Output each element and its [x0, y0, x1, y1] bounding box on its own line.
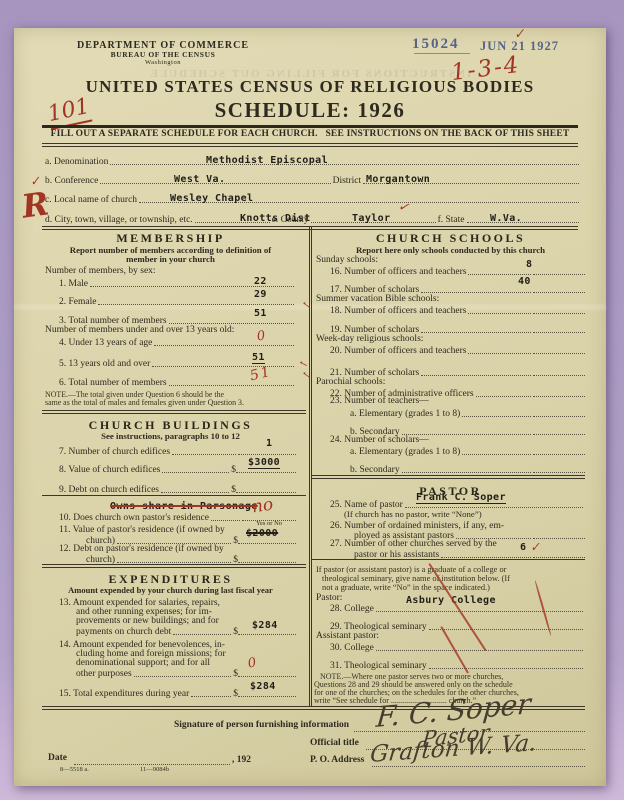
membership-subtitle-2: member in your church — [45, 254, 296, 264]
q22-answer-box — [533, 396, 585, 397]
q30-row: 30. College — [330, 641, 585, 653]
date-line — [74, 753, 230, 765]
q14-value-handwritten: 0 — [247, 655, 258, 671]
q18-answer-box — [533, 313, 585, 314]
q8-answer-box — [236, 472, 296, 473]
q15-answer-box — [238, 696, 296, 697]
q23-label: 23. Number of teachers— — [330, 396, 429, 406]
q2-label: 2. Female — [59, 297, 96, 307]
q7-value: 1 — [266, 438, 272, 449]
assistant-pastor-label: Assistant pastor: — [316, 631, 379, 641]
q31-row: 31. Theological seminary — [330, 659, 585, 671]
conference-value: West Va. — [174, 174, 225, 185]
leader — [468, 274, 531, 275]
leader — [191, 696, 231, 697]
buildings-bottom-rule — [42, 564, 306, 568]
q5-label: 5. 13 years old and over — [59, 359, 150, 369]
county-value: Taylor — [352, 213, 391, 224]
sunday-schools-label: Sunday schools: — [316, 255, 378, 265]
q18-label: 18. Number of officers and teachers — [330, 306, 466, 316]
q4-value-handwritten: 0 — [256, 328, 266, 344]
q1-value: 22 — [254, 276, 267, 287]
q6-label: 6. Total number of members — [59, 378, 167, 388]
q1-label: 1. Male — [59, 279, 88, 289]
leader — [152, 366, 294, 367]
dollar-sign: $ — [233, 536, 238, 546]
q2-value: 29 — [254, 289, 267, 300]
expenditures-subtitle: Amount expended by your church during la… — [45, 585, 296, 595]
date-label: Date — [48, 753, 67, 763]
q21-answer-box — [533, 375, 585, 376]
q27-answer-box — [533, 557, 585, 558]
q23a-label: a. Elementary (grades 1 to 8) — [350, 409, 460, 419]
header-rule — [42, 125, 578, 128]
q30-label: 30. College — [330, 643, 374, 653]
q17-answer-box — [533, 292, 585, 293]
q15-label: 15. Total expenditures during year — [59, 689, 189, 699]
q4-label: 4. Under 13 years of age — [59, 338, 152, 348]
q11-answer-box — [238, 543, 296, 544]
leader — [429, 668, 583, 669]
field-row-church-name: c. Local name of church — [45, 193, 581, 205]
q5-value: 51 — [252, 352, 265, 364]
q31-label: 31. Theological seminary — [330, 661, 427, 671]
q16-answer-box — [533, 274, 585, 275]
leader — [169, 385, 294, 386]
leader — [117, 562, 231, 563]
q27-checkmark: ✓ — [529, 540, 540, 555]
dollar-sign: $ — [231, 465, 236, 475]
leader — [468, 353, 531, 354]
leader — [421, 292, 531, 293]
summer-schools-label: Summer vacation Bible schools: — [316, 294, 439, 304]
leader — [421, 332, 531, 333]
dollar-sign: $ — [231, 485, 236, 495]
q10-value-handwritten: no — [251, 495, 275, 518]
leader — [476, 396, 531, 397]
q25-note: (If church has no pastor, write “None”) — [344, 510, 482, 520]
margin-tick-2: ✓ — [296, 358, 309, 370]
q24-label: 24. Number of scholars— — [330, 435, 429, 445]
q26-answer-box — [533, 538, 585, 539]
leader — [402, 472, 531, 473]
photo-of-census-form: { "colors":{"background_lavender":"#ae9e… — [0, 0, 624, 800]
banner-instruction: FILL OUT A SEPARATE SCHEDULE FOR EACH CH… — [14, 129, 606, 139]
denomination-label: a. Denomination — [45, 157, 108, 167]
census-form-paper: DEPARTMENT OF COMMERCE BUREAU OF THE CEN… — [14, 28, 606, 786]
q13-answer-box — [238, 634, 296, 635]
q23a-row: a. Elementary (grades 1 to 8) — [350, 407, 585, 419]
q18-row: 18. Number of officers and teachers — [330, 304, 585, 316]
buildings-subtitle: See instructions, paragraphs 10 to 12 — [45, 431, 296, 441]
schools-bottom-rule — [312, 475, 585, 479]
q24b-label: b. Secondary — [350, 465, 400, 475]
q7-label: 7. Number of church edifices — [59, 447, 170, 457]
leader — [162, 472, 229, 473]
leader — [161, 492, 229, 493]
q16-label: 16. Number of officers and teachers — [330, 267, 466, 277]
leader — [462, 416, 531, 417]
leader — [462, 454, 531, 455]
form-title: UNITED STATES CENSUS OF RELIGIOUS BODIES — [14, 78, 606, 97]
q9-row: 9. Debt on church edifices $ — [59, 483, 296, 495]
q12-answer-box — [238, 562, 296, 563]
membership-bottom-rule — [42, 410, 306, 414]
leader — [429, 629, 583, 630]
dollar-sign: $ — [233, 689, 238, 699]
leader — [172, 454, 236, 455]
leader — [98, 304, 294, 305]
q8-value: $3000 — [248, 457, 280, 469]
parochial-schools-label: Parochial schools: — [316, 377, 385, 387]
q14-line4: other purposes — [76, 669, 132, 679]
q10-answer-box: Yes or No — [242, 520, 296, 521]
column-divider — [309, 226, 312, 706]
q25-value: Frank C. Soper — [416, 492, 506, 504]
q7-answer-box — [238, 454, 296, 455]
form-subtitle: SCHEDULE: 1926 — [14, 99, 606, 122]
q23a-answer-box — [533, 416, 585, 417]
q13-value: $284 — [252, 620, 278, 631]
leader — [405, 507, 583, 508]
church-name-value: Wesley Chapel — [170, 193, 253, 204]
state-label: f. State — [438, 215, 465, 225]
q24a-answer-box — [533, 454, 585, 455]
leader — [441, 557, 531, 558]
q24a-row: a. Elementary (grades 1 to 8) — [350, 445, 585, 457]
form-number-2: 11—9084b — [140, 766, 169, 773]
state-value: W.Va. — [490, 213, 522, 224]
district-value: Morgantown — [366, 174, 430, 185]
leader — [169, 323, 294, 324]
q14-row: other purposes $ — [76, 667, 296, 679]
leader — [376, 611, 583, 612]
schools-title: CHURCH SCHOOLS — [316, 231, 585, 246]
q8-label: 8. Value of church edifices — [59, 465, 160, 475]
official-title-label: Official title — [310, 738, 359, 748]
form-number-1: 8—5518 a. — [60, 766, 89, 773]
city-label: d. City, town, village, or township, etc… — [45, 215, 193, 225]
leader — [211, 520, 240, 521]
banner-rule — [42, 143, 578, 147]
dollar-sign: $ — [233, 627, 238, 637]
graduate-note-3: not a graduate, write “No” in the space … — [322, 583, 490, 592]
q28-label: 28. College — [330, 604, 374, 614]
schools-subtitle: Report here only schools conducted by th… — [316, 245, 585, 255]
leader — [468, 313, 531, 314]
membership-note-2: same as the total of males and females g… — [45, 398, 244, 407]
district-label: District — [333, 176, 362, 186]
q16-row: 16. Number of officers and teachers — [330, 265, 585, 277]
graduate-note-2: theological seminary, give name of insti… — [322, 574, 510, 583]
q7-row: 7. Number of church edifices — [59, 445, 296, 457]
signature-label: Signature of person furnishing informati… — [174, 720, 349, 730]
date-year-prefix: , 192 — [232, 755, 251, 765]
q16-value: 8 — [526, 259, 532, 270]
q19-answer-box — [533, 332, 585, 333]
q27-value: 6 — [520, 542, 526, 553]
q20-label: 20. Number of officers and teachers — [330, 346, 466, 356]
q13-line4: payments on church debt — [76, 627, 171, 637]
leader — [134, 676, 232, 677]
leader — [421, 375, 531, 376]
q9-label: 9. Debt on church edifices — [59, 485, 159, 495]
leader — [110, 164, 579, 165]
q23b-answer-box — [533, 434, 585, 435]
pastor-rule — [312, 559, 585, 560]
leader — [376, 650, 583, 651]
po-address-label: P. O. Address — [310, 755, 364, 765]
q24a-label: a. Elementary (grades 1 to 8) — [350, 447, 460, 457]
yes-or-no-caption: Yes or No — [256, 520, 282, 527]
q24b-answer-box — [533, 472, 585, 473]
q14-answer-box — [238, 676, 296, 677]
q11-value-struck: $2000 — [246, 528, 278, 539]
washington-line: Washington — [58, 59, 268, 66]
q17-value: 40 — [518, 276, 531, 287]
membership-title: MEMBERSHIP — [45, 231, 296, 246]
graduate-note-1: If pastor (or assistant pastor) is a gra… — [316, 565, 506, 574]
q24b-row: b. Secondary — [350, 463, 585, 475]
weekday-schools-label: Week-day religious schools: — [316, 334, 423, 344]
conference-label: b. Conference — [45, 176, 98, 186]
stamp-number: 15024 — [412, 36, 460, 53]
dollar-sign: $ — [233, 669, 238, 679]
stamp-underline — [414, 53, 470, 54]
q3-value: 51 — [254, 308, 267, 319]
denomination-value: Methodist Episcopal — [206, 155, 328, 166]
q20-row: 20. Number of officers and teachers — [330, 344, 585, 356]
leader — [154, 345, 294, 346]
members-by-sex-label: Number of members, by sex: — [45, 266, 156, 276]
q15-value: $284 — [250, 681, 276, 692]
stamp-checkmark: ✓ — [513, 26, 526, 42]
q20-answer-box — [533, 353, 585, 354]
leader — [467, 222, 579, 223]
city-value: Knotts Dist — [240, 213, 311, 224]
agency-block: DEPARTMENT OF COMMERCE BUREAU OF THE CEN… — [58, 40, 268, 66]
field-row-conference: b. Conference District — [45, 174, 581, 186]
bureau-line: BUREAU OF THE CENSUS — [58, 51, 268, 59]
q10-label: 10. Does church own pastor's residence — [59, 513, 209, 523]
leader — [173, 634, 231, 635]
q9-answer-box — [236, 492, 296, 493]
church-name-label: c. Local name of church — [45, 195, 137, 205]
members-by-age-label: Number of members under and over 13 year… — [45, 325, 234, 335]
